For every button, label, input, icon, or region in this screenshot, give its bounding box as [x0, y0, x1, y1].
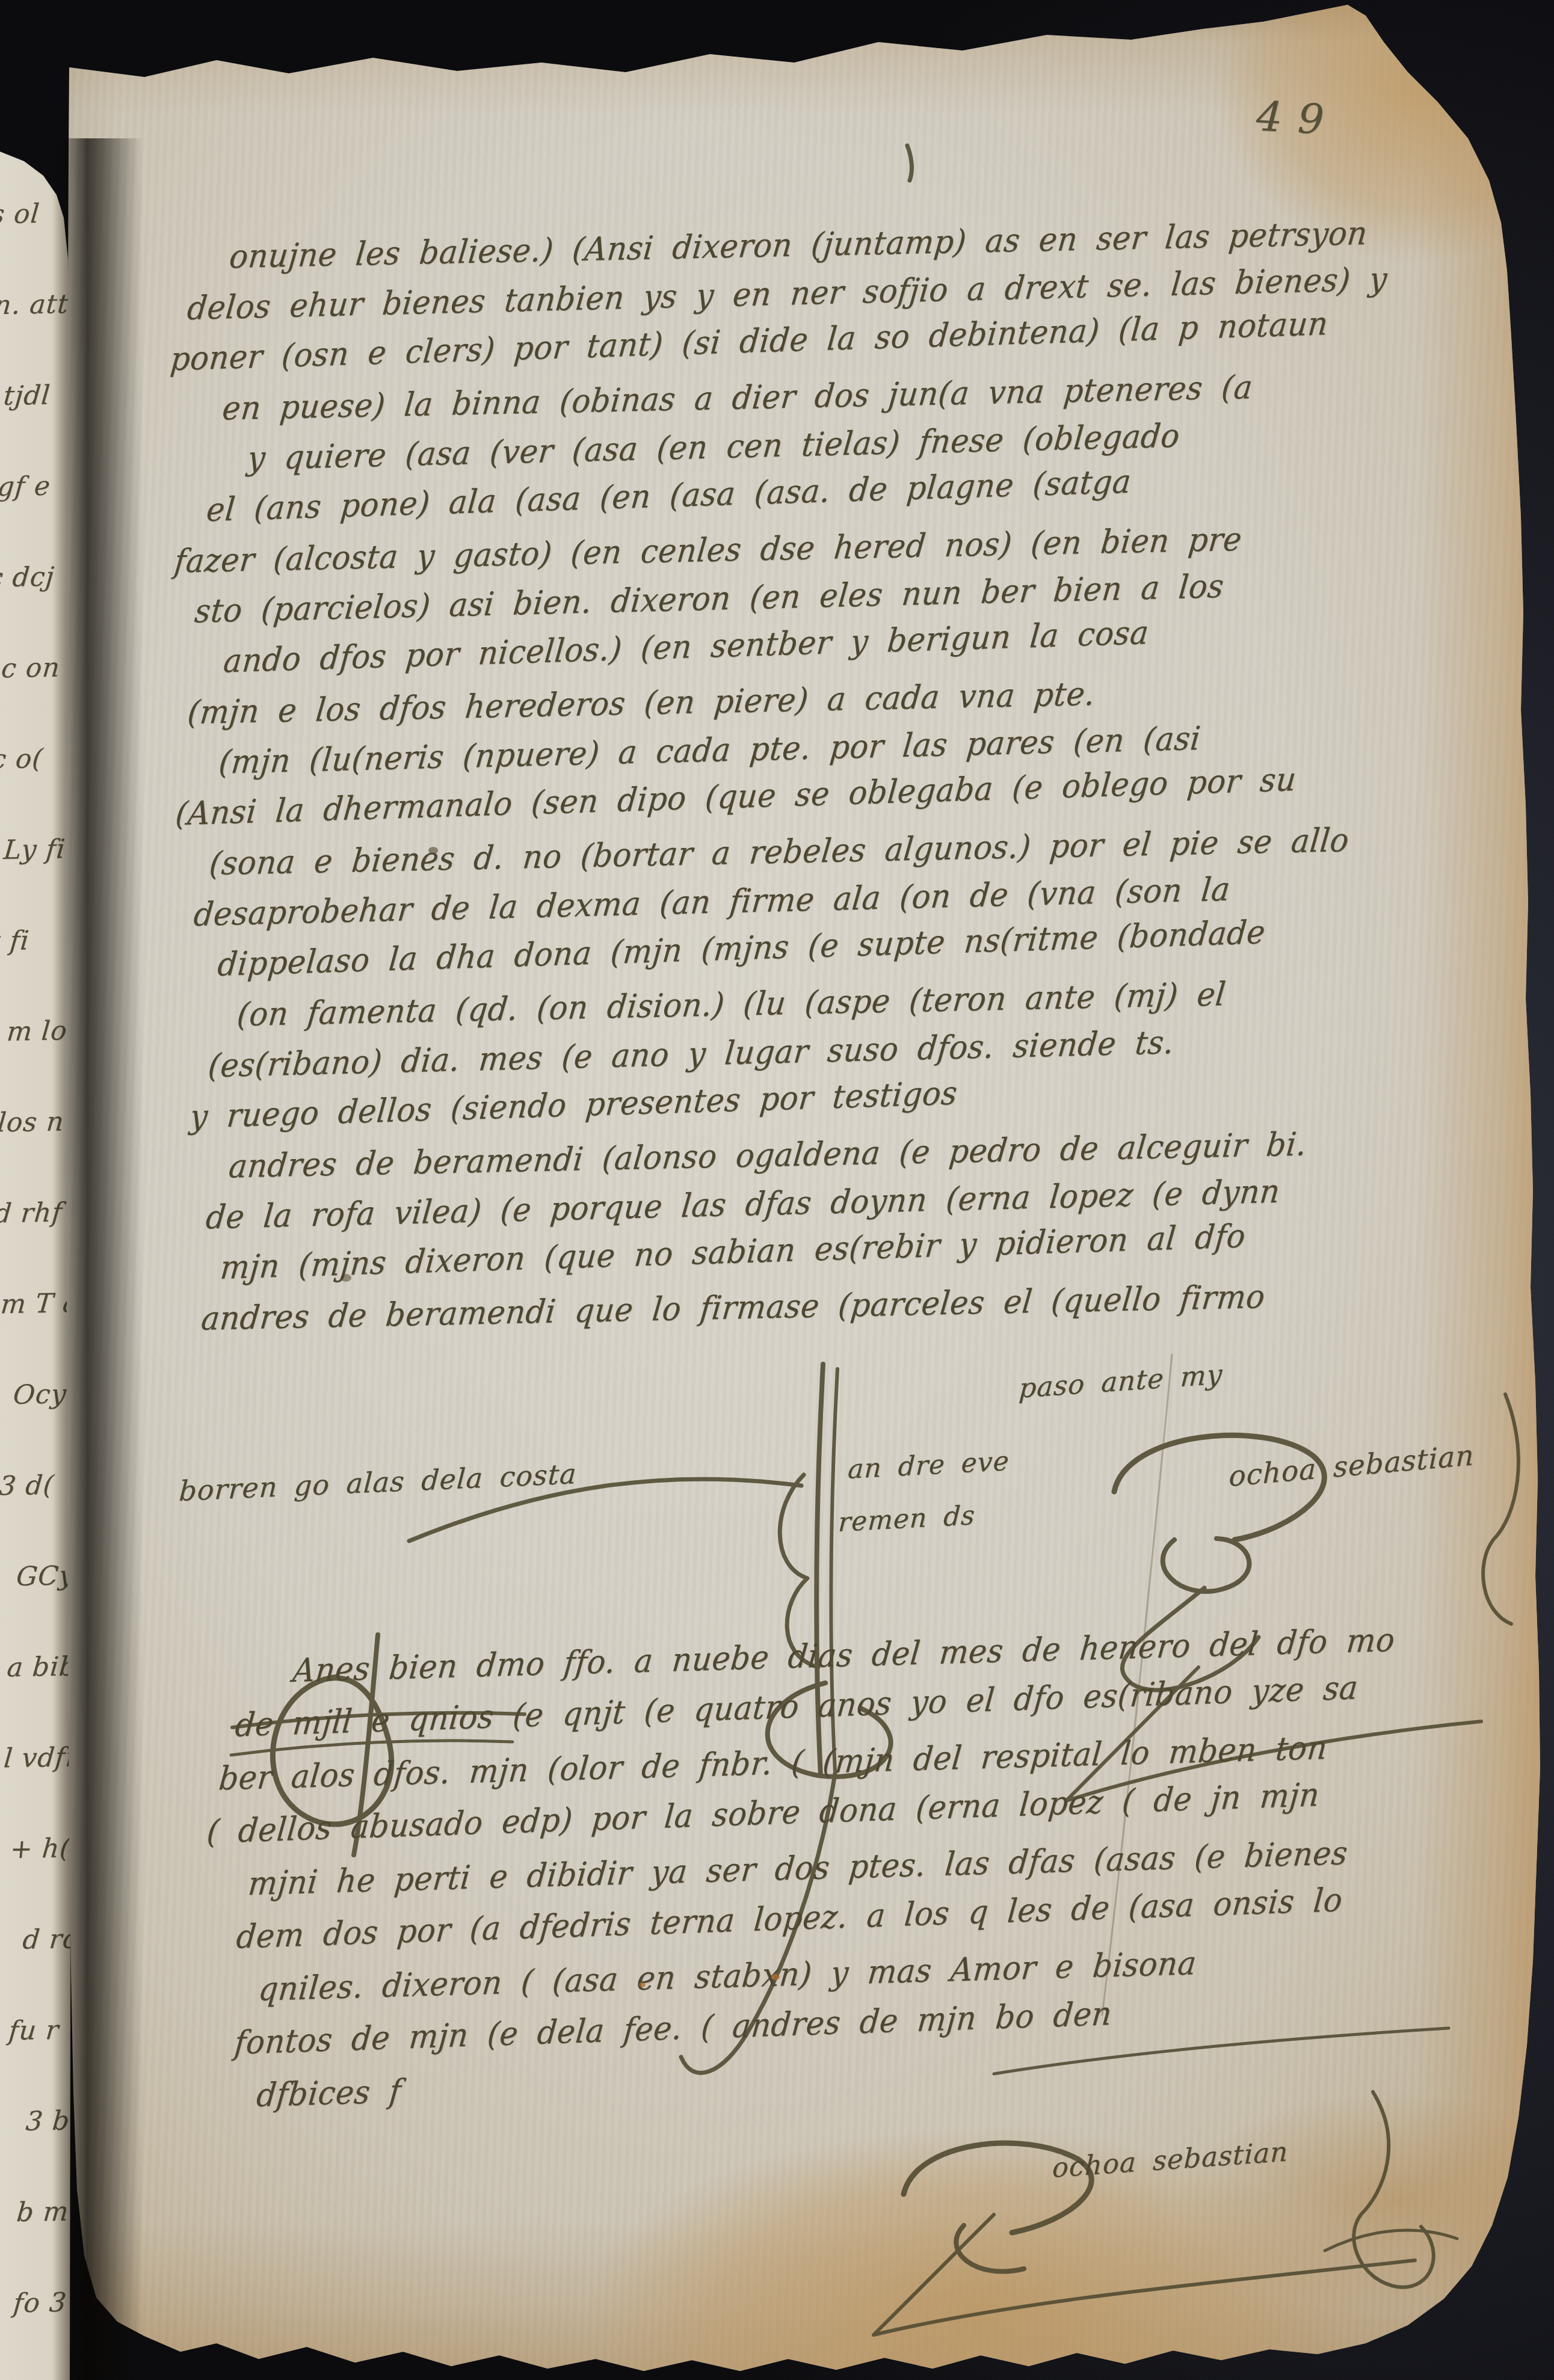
- facing-page-fragment: is ol: [0, 198, 73, 230]
- damage-speck: [771, 1974, 780, 1980]
- manuscript-scan: is ol n. att z tjdl gf e c dcj oc on c o…: [0, 0, 1554, 2380]
- ink-blot: [428, 847, 438, 854]
- text-block-secondary: Anes bien dmo ffo. a nuebe dias del mes …: [199, 1613, 1523, 2126]
- damage-speck: [639, 1982, 646, 1987]
- text-block-primary: onujne les baliese.) (Ansi dixeron (junt…: [147, 203, 1534, 1347]
- facing-page-fragment: n. att: [0, 289, 75, 321]
- facing-page-fragment: gf e: [0, 470, 78, 502]
- ink-blot: [341, 1274, 351, 1282]
- facing-page-fragment: z tjdl: [0, 380, 76, 412]
- folio-number: 49: [1255, 93, 1340, 144]
